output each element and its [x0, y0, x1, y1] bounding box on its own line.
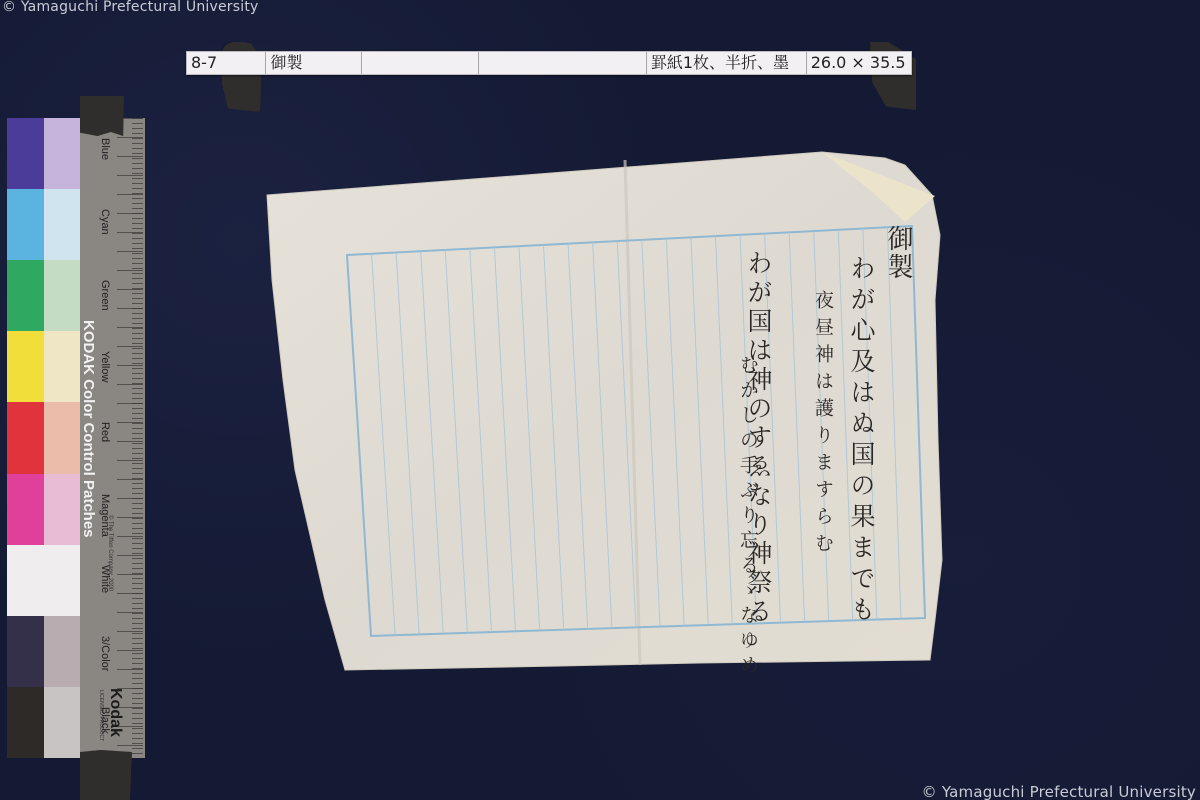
patch-cyan-light — [44, 189, 80, 260]
chart-title: KODAK Color Control Patches — [80, 320, 97, 538]
poem-line-1: わが心及はぬ国の果までも — [843, 255, 879, 627]
patch-red-light — [44, 402, 80, 473]
patch-magenta-dark — [7, 474, 44, 545]
patch-green-light — [44, 260, 80, 331]
color-patches — [7, 118, 80, 758]
patch-yellow-dark — [7, 331, 44, 402]
patch-label: 3/Color — [99, 636, 111, 671]
patch-blue-dark — [7, 118, 44, 189]
catalog-field-empty-2 — [479, 52, 647, 74]
tape-chart-top — [80, 96, 124, 136]
licensed-product-text: LICENSED PRODUCT — [98, 690, 104, 741]
chart-copyright: © The Tiffen Company, 2000 — [107, 515, 113, 591]
catalog-id: 8-7 — [187, 52, 266, 74]
patch-label: Red — [99, 422, 111, 442]
patch-3-color-light — [44, 616, 80, 687]
patch-cyan-dark — [7, 189, 44, 260]
catalog-title: 御製 — [266, 52, 361, 74]
copyright-notice-bottom: © Yamaguchi Prefectural University — [922, 783, 1196, 800]
kodak-logo: Kodak — [106, 688, 124, 737]
tape-chart-bottom — [80, 750, 132, 800]
patch-label: Yellow — [99, 351, 111, 382]
catalog-description: 罫紙1枚、半折、墨 — [647, 52, 807, 74]
patch-yellow-light — [44, 331, 80, 402]
catalog-label: 8-7 御製 罫紙1枚、半折、墨 26.0 × 35.5 — [186, 51, 912, 75]
patch-black-dark — [7, 687, 44, 758]
manuscript-paper — [0, 0, 1200, 800]
patch-label: Blue — [99, 138, 111, 160]
patch-black-light — [44, 687, 80, 758]
patch-red-dark — [7, 402, 44, 473]
patch-label: Green — [99, 280, 111, 311]
patch-white — [7, 545, 80, 616]
poem-line-4: むかしの手ぶり忘るゝなゆめ — [735, 355, 762, 680]
patch-green-dark — [7, 260, 44, 331]
ruler-ticks-major — [117, 118, 143, 758]
manuscript-heading: 御製 — [880, 225, 917, 281]
patch-blue-light — [44, 118, 80, 189]
patch-3-color-dark — [7, 616, 44, 687]
patch-magenta-light — [44, 474, 80, 545]
catalog-dimensions: 26.0 × 35.5 — [807, 52, 911, 74]
patch-label: Cyan — [99, 209, 111, 235]
catalog-field-empty-1 — [362, 52, 479, 74]
poem-line-2: 夜昼神は護りますらむ — [810, 290, 837, 560]
copyright-notice-top: © Yamaguchi Prefectural University — [2, 0, 259, 15]
